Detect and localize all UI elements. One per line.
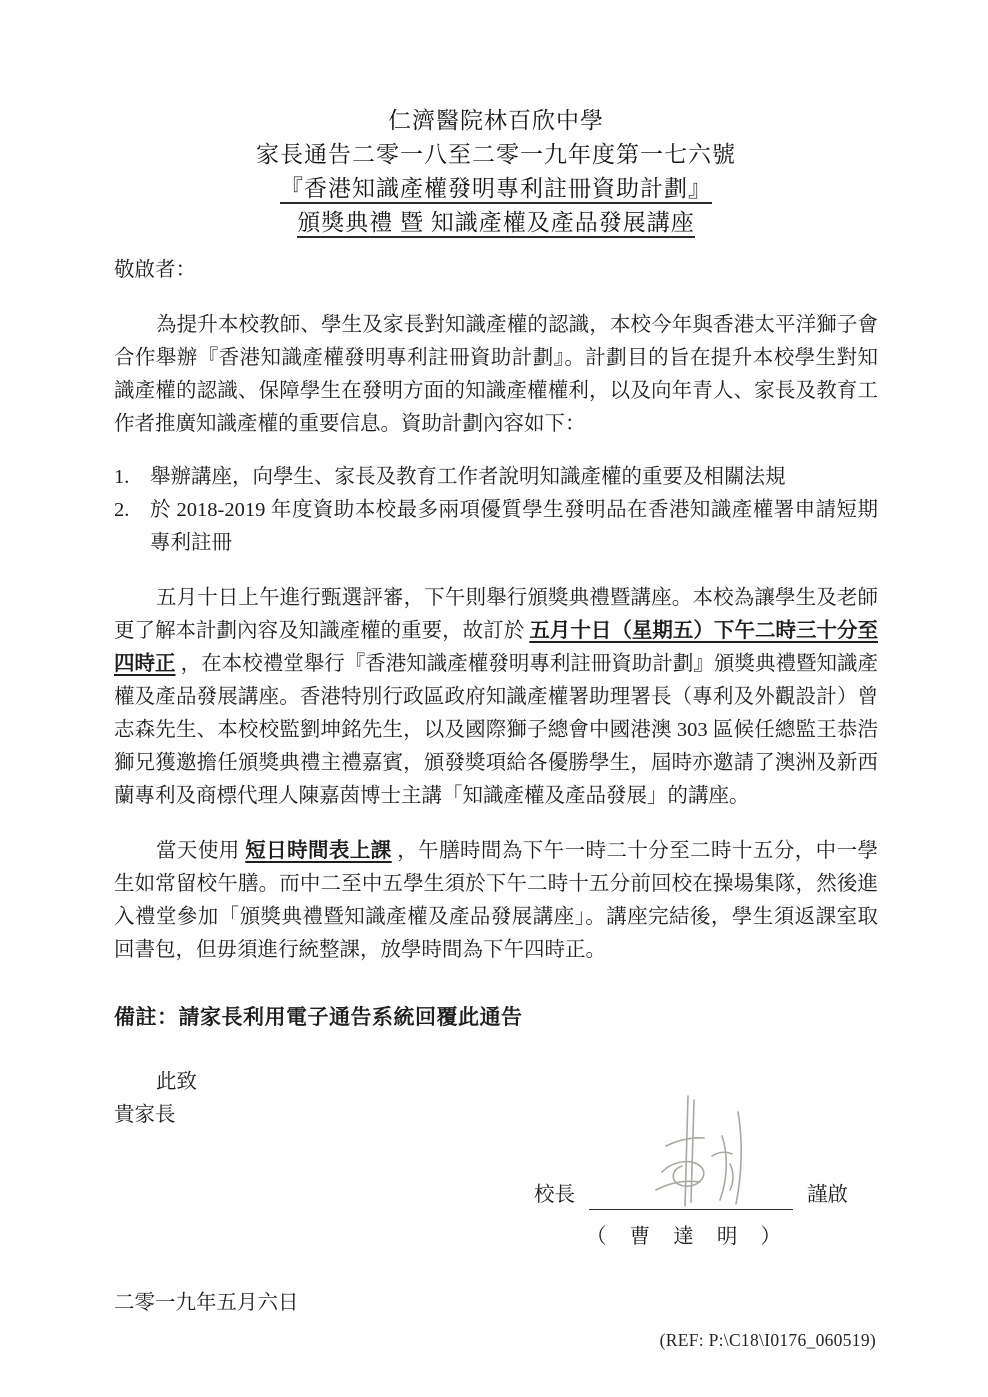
signature-line <box>589 1182 793 1210</box>
schedule-text-pre: 當天使用 <box>156 840 245 862</box>
ceremony-text-post: ，在本校禮堂舉行『香港知識產權發明專利註冊資助計劃』頒獎典禮暨知識產權及產品發展… <box>114 653 878 807</box>
schedule-timetable-highlight: 短日時間表上課 <box>245 840 391 862</box>
closing-this-to: 此致 <box>114 1066 878 1099</box>
list-item-number: 2. <box>114 494 150 560</box>
closing-recipient: 貴家長 <box>114 1099 878 1132</box>
schedule-paragraph: 當天使用 短日時間表上課 ，午膳時間為下午一時二十分至二時十五分，中一學生如常留… <box>114 835 878 967</box>
list-item-text: 於 2018-2019 年度資助本校最多兩項優質學生發明品在香港知識產權署申請短… <box>150 494 878 560</box>
list-item-number: 1. <box>114 461 150 494</box>
scheme-items-list: 1. 舉辦講座，向學生、家長及教育工作者說明知識產權的重要及相關法規 2. 於 … <box>114 461 878 560</box>
scheme-title: 『香港知識產權發明專利註冊資助計劃』 <box>280 176 712 204</box>
event-title-line: 頒獎典禮 暨 知識產權及產品發展講座 <box>114 206 878 240</box>
list-item: 1. 舉辦講座，向學生、家長及教育工作者說明知識產權的重要及相關法規 <box>114 461 878 494</box>
notice-number-line: 家長通告二零一八至二零一九年度第一七六號 <box>114 138 878 172</box>
event-title: 頒獎典禮 暨 知識產權及產品發展講座 <box>297 210 695 238</box>
remark-line: 備註：請家長利用電子通告系統回覆此通告 <box>114 1001 878 1034</box>
signature-row: 校長 謹啟 <box>114 1180 878 1210</box>
document-content: 仁濟醫院林百欣中學 家長通告二零一八至二零一九年度第一七六號 『香港知識產權發明… <box>114 104 878 1351</box>
scheme-title-line: 『香港知識產權發明專利註冊資助計劃』 <box>114 172 878 206</box>
list-item: 2. 於 2018-2019 年度資助本校最多兩項優質學生發明品在香港知識產權署… <box>114 494 878 560</box>
sign-off-label: 謹啟 <box>807 1180 848 1210</box>
signature-block: 校長 謹啟 （ 曹 達 明 ） <box>114 1180 878 1249</box>
list-item-text: 舉辦講座，向學生、家長及教育工作者說明知識產權的重要及相關法規 <box>150 461 878 494</box>
notice-header: 仁濟醫院林百欣中學 家長通告二零一八至二零一九年度第一七六號 『香港知識產權發明… <box>114 104 878 240</box>
salutation: 敬啟者： <box>114 254 878 287</box>
reference-code: (REF: P:\C18\I0176_060519) <box>114 1330 878 1351</box>
principal-name: （ 曹 達 明 ） <box>114 1219 878 1249</box>
document-page: 仁濟醫院林百欣中學 家長通告二零一八至二零一九年度第一七六號 『香港知識產權發明… <box>0 0 988 1397</box>
school-name: 仁濟醫院林百欣中學 <box>114 104 878 138</box>
principal-role-label: 校長 <box>534 1180 575 1210</box>
intro-paragraph: 為提升本校教師、學生及家長對知識產權的認識，本校今年與香港太平洋獅子會合作舉辦『… <box>114 309 878 441</box>
ceremony-paragraph: 五月十日上午進行甄選評審，下午則舉行頒獎典禮暨講座。本校為讓學生及老師更了解本計… <box>114 582 878 813</box>
notice-date: 二零一九年五月六日 <box>114 1287 878 1320</box>
